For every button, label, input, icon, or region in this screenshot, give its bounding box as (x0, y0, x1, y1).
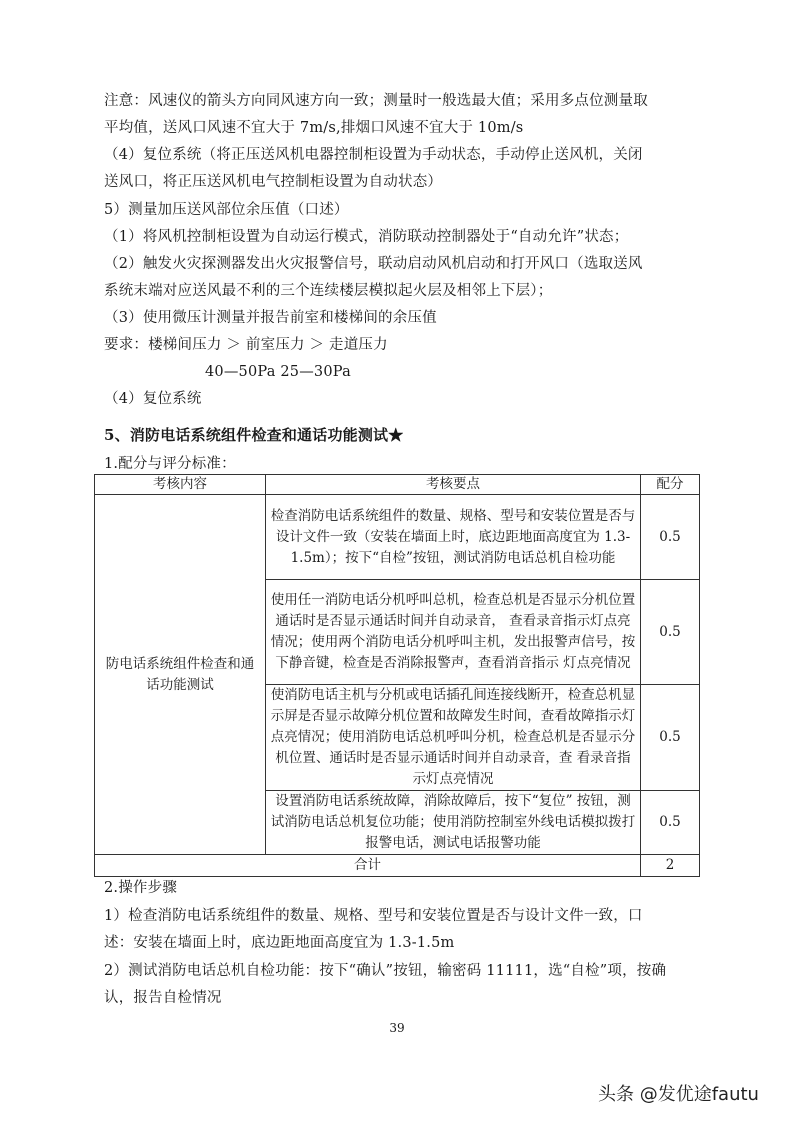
scoring-subheading: 1.配分与评分标准： (104, 454, 704, 474)
score-cell: 0.5 (641, 685, 700, 791)
point-cell: 使消防电话主机与分机或电话插孔间连接线断开，检查总机显示屏是否显示故障分机位置和… (266, 685, 641, 791)
text-line: （1）将风机控制柜设置为自动运行模式，消防联动控制器处于“自动允许”状态； (104, 227, 704, 247)
score-cell: 0.5 (641, 495, 700, 580)
page-number: 39 (0, 1021, 794, 1035)
table-header-row: 考核内容 考核要点 配分 (95, 475, 700, 495)
total-score: 2 (641, 855, 700, 877)
text-line: （2）触发火灾探测器发出火灾报警信号，联动启动风机启动和打开风口（选取送风 (104, 254, 704, 274)
header-points: 考核要点 (266, 475, 641, 495)
text-line: 平均值，送风口风速不宜大于 7m/s,排烟口风速不宜大于 10m/s (104, 118, 704, 138)
text-line: 注意：风速仪的箭头方向同风速方向一致；测量时一般选最大值；采用多点位测量取 (104, 91, 704, 111)
header-content: 考核内容 (95, 475, 266, 495)
step-line: 1）检查消防电话系统组件的数量、规格、型号和安装位置是否与设计文件一致，口 (104, 906, 704, 926)
text-line: 要求：楼梯间压力 ＞ 前室压力 ＞ 走道压力 (104, 335, 704, 355)
text-line: 5）测量加压送风部位余压值（口述） (104, 200, 704, 220)
step-line: 2）测试消防电话总机自检功能：按下“确认”按钮，输密码 11111，选“自检”项… (104, 961, 704, 981)
text-line: （3）使用微压计测量并报告前室和楼梯间的余压值 (104, 308, 704, 328)
score-cell: 0.5 (641, 791, 700, 855)
total-row: 合计 2 (95, 855, 700, 877)
text-line: （4）复位系统（将正压送风机电器控制柜设置为手动状态，手动停止送风机，关闭 (104, 145, 704, 165)
document-page: 注意：风速仪的箭头方向同风速方向一致；测量时一般选最大值；采用多点位测量取 平均… (0, 0, 794, 1123)
header-score: 配分 (641, 475, 700, 495)
steps-subheading: 2.操作步骤 (104, 878, 704, 898)
category-cell: 防电话系统组件检查和通话功能测试 (95, 495, 266, 855)
section-heading: 5、消防电话系统组件检查和通话功能测试★ (104, 425, 704, 445)
scoring-table: 考核内容 考核要点 配分 防电话系统组件检查和通话功能测试 检查消防电话系统组件… (94, 474, 700, 877)
text-line: 系统末端对应送风最不利的三个连续楼层模拟起火层及相邻上下层）； (104, 281, 704, 301)
score-cell: 0.5 (641, 580, 700, 685)
text-line: （4）复位系统 (104, 389, 704, 409)
watermark: 头条 @发优途fautu (598, 1080, 759, 1106)
step-line: 认，报告自检情况 (104, 988, 704, 1008)
point-cell: 设置消防电话系统故障，消除故障后，按下“复位” 按钮，测试消防电话总机复位功能；… (266, 791, 641, 855)
point-cell: 检查消防电话系统组件的数量、规格、型号和安装位置是否与设计文件一致（安装在墙面上… (266, 495, 641, 580)
text-line: 送风口，将正压送风机电气控制柜设置为自动状态） (104, 172, 704, 192)
total-label: 合计 (95, 855, 641, 877)
pressure-values: 40—50Pa 25—30Pa (205, 362, 794, 382)
step-line: 述：安装在墙面上时，底边距地面高度宜为 1.3-1.5m (104, 933, 704, 953)
table-row: 防电话系统组件检查和通话功能测试 检查消防电话系统组件的数量、规格、型号和安装位… (95, 495, 700, 580)
point-cell: 使用任一消防电话分机呼叫总机，检查总机是否显示分机位置通话时是否显示通话时间并自… (266, 580, 641, 685)
